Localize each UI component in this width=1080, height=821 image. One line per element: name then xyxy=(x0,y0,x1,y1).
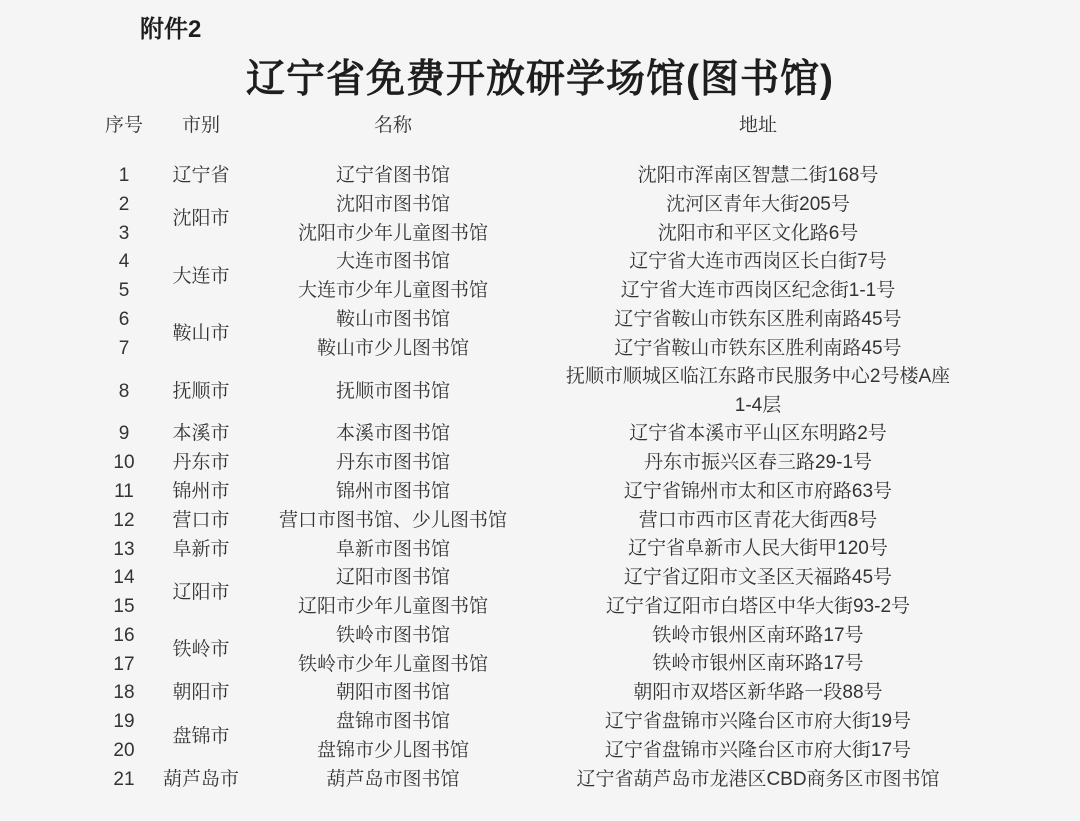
address-text: 丹东市振兴区春三路29-1号 xyxy=(644,449,872,478)
table-row: 13阜新市阜新市图书馆辽宁省阜新市人民大街甲120号 xyxy=(90,535,974,564)
city-cell: 大连市 xyxy=(158,248,244,306)
name-cell: 盘锦市图书馆 xyxy=(244,708,542,737)
table-row: 6鞍山市鞍山市图书馆辽宁省鞍山市铁东区胜利南路45号 xyxy=(90,306,974,335)
address-text: 辽宁省锦州市太和区市府路63号 xyxy=(624,478,892,507)
row-number-cell: 15 xyxy=(90,593,158,622)
name-cell: 沈阳市图书馆 xyxy=(244,191,542,220)
name-cell: 大连市少年儿童图书馆 xyxy=(244,277,542,306)
address-text: 辽宁省鞍山市铁东区胜利南路45号 xyxy=(614,306,901,335)
address-cell: 辽宁省本溪市平山区东明路2号 xyxy=(542,420,974,449)
row-number-cell: 19 xyxy=(90,708,158,737)
address-cell: 铁岭市银州区南环路17号 xyxy=(542,622,974,651)
name-cell: 鞍山市少儿图书馆 xyxy=(244,335,542,364)
address-cell: 辽宁省大连市西岗区纪念街1-1号 xyxy=(542,277,974,306)
table-row: 19盘锦市盘锦市图书馆辽宁省盘锦市兴隆台区市府大街19号 xyxy=(90,708,974,737)
address-text: 朝阳市双塔区新华路一段88号 xyxy=(633,679,882,708)
address-cell: 辽宁省阜新市人民大街甲120号 xyxy=(542,535,974,564)
table-row: 18朝阳市朝阳市图书馆朝阳市双塔区新华路一段88号 xyxy=(90,679,974,708)
address-cell: 辽宁省辽阳市白塔区中华大街93-2号 xyxy=(542,593,974,622)
address-cell: 铁岭市银州区南环路17号 xyxy=(542,650,974,679)
row-number-cell: 4 xyxy=(90,248,158,277)
address-text: 辽宁省盘锦市兴隆台区市府大街17号 xyxy=(605,737,911,766)
address-cell: 营口市西市区青花大街西8号 xyxy=(542,507,974,536)
name-cell: 阜新市图书馆 xyxy=(244,535,542,564)
city-cell: 本溪市 xyxy=(158,420,244,449)
address-text: 辽宁省葫芦岛市龙港区CBD商务区市图书馆 xyxy=(576,766,939,795)
row-number-cell: 20 xyxy=(90,737,158,766)
city-cell: 铁岭市 xyxy=(158,622,244,680)
address-cell: 辽宁省鞍山市铁东区胜利南路45号 xyxy=(542,335,974,364)
name-cell: 铁岭市图书馆 xyxy=(244,622,542,651)
city-cell: 沈阳市 xyxy=(158,191,244,249)
city-cell: 辽阳市 xyxy=(158,564,244,622)
row-number-cell: 6 xyxy=(90,306,158,335)
address-text: 抚顺市顺城区临江东路市民服务中心2号楼A座1-4层 xyxy=(564,363,952,420)
city-cell: 抚顺市 xyxy=(158,363,244,420)
address-cell: 辽宁省大连市西岗区长白街7号 xyxy=(542,248,974,277)
city-cell: 辽宁省 xyxy=(158,162,244,191)
row-number-cell: 11 xyxy=(90,478,158,507)
address-text: 辽宁省鞍山市铁东区胜利南路45号 xyxy=(614,335,901,364)
row-number-cell: 10 xyxy=(90,449,158,478)
header-name: 名称 xyxy=(244,112,542,162)
address-cell: 辽宁省辽阳市文圣区天福路45号 xyxy=(542,564,974,593)
row-number-cell: 2 xyxy=(90,191,158,220)
address-text: 辽宁省阜新市人民大街甲120号 xyxy=(628,535,888,564)
address-text: 辽宁省辽阳市白塔区中华大街93-2号 xyxy=(606,593,910,622)
table-row: 9本溪市本溪市图书馆辽宁省本溪市平山区东明路2号 xyxy=(90,420,974,449)
city-cell: 营口市 xyxy=(158,507,244,536)
document-page: 附件2 辽宁省免费开放研学场馆(图书馆) 序号 市别 名称 地址 1辽宁省辽宁省… xyxy=(0,0,1080,821)
row-number-cell: 21 xyxy=(90,766,158,795)
name-cell: 丹东市图书馆 xyxy=(244,449,542,478)
table-row: 8抚顺市抚顺市图书馆抚顺市顺城区临江东路市民服务中心2号楼A座1-4层 xyxy=(90,363,974,420)
name-cell: 营口市图书馆、少儿图书馆 xyxy=(244,507,542,536)
address-text: 铁岭市银州区南环路17号 xyxy=(652,650,863,679)
address-cell: 辽宁省盘锦市兴隆台区市府大街19号 xyxy=(542,708,974,737)
name-cell: 葫芦岛市图书馆 xyxy=(244,766,542,795)
address-cell: 抚顺市顺城区临江东路市民服务中心2号楼A座1-4层 xyxy=(542,363,974,420)
city-cell: 鞍山市 xyxy=(158,306,244,364)
address-cell: 辽宁省盘锦市兴隆台区市府大街17号 xyxy=(542,737,974,766)
name-cell: 辽宁省图书馆 xyxy=(244,162,542,191)
address-text: 辽宁省本溪市平山区东明路2号 xyxy=(629,420,887,449)
address-text: 辽宁省大连市西岗区长白街7号 xyxy=(629,248,887,277)
row-number-cell: 9 xyxy=(90,420,158,449)
address-text: 沈阳市和平区文化路6号 xyxy=(658,220,859,249)
name-cell: 沈阳市少年儿童图书馆 xyxy=(244,220,542,249)
address-cell: 辽宁省葫芦岛市龙港区CBD商务区市图书馆 xyxy=(542,766,974,795)
name-cell: 锦州市图书馆 xyxy=(244,478,542,507)
address-text: 辽宁省辽阳市文圣区天福路45号 xyxy=(624,564,892,593)
table-header-row: 序号 市别 名称 地址 xyxy=(90,112,974,162)
name-cell: 辽阳市少年儿童图书馆 xyxy=(244,593,542,622)
header-city: 市别 xyxy=(158,112,244,162)
address-text: 辽宁省盘锦市兴隆台区市府大街19号 xyxy=(605,708,911,737)
table-body: 1辽宁省辽宁省图书馆沈阳市浑南区智慧二街168号2沈阳市沈阳市图书馆沈河区青年大… xyxy=(90,162,974,794)
table-row: 2沈阳市沈阳市图书馆沈河区青年大街205号 xyxy=(90,191,974,220)
row-number-cell: 13 xyxy=(90,535,158,564)
attachment-label: 附件2 xyxy=(140,9,201,44)
header-address: 地址 xyxy=(542,112,974,162)
address-text: 沈阳市浑南区智慧二街168号 xyxy=(638,162,879,191)
name-cell: 本溪市图书馆 xyxy=(244,420,542,449)
row-number-cell: 17 xyxy=(90,650,158,679)
table-row: 4大连市大连市图书馆辽宁省大连市西岗区长白街7号 xyxy=(90,248,974,277)
row-number-cell: 3 xyxy=(90,220,158,249)
name-cell: 鞍山市图书馆 xyxy=(244,306,542,335)
venues-table: 序号 市别 名称 地址 1辽宁省辽宁省图书馆沈阳市浑南区智慧二街168号2沈阳市… xyxy=(90,112,974,794)
row-number-cell: 12 xyxy=(90,507,158,536)
row-number-cell: 7 xyxy=(90,335,158,364)
name-cell: 辽阳市图书馆 xyxy=(244,564,542,593)
address-cell: 辽宁省鞍山市铁东区胜利南路45号 xyxy=(542,306,974,335)
address-text: 沈河区青年大街205号 xyxy=(666,191,850,220)
city-cell: 盘锦市 xyxy=(158,708,244,766)
name-cell: 盘锦市少儿图书馆 xyxy=(244,737,542,766)
name-cell: 大连市图书馆 xyxy=(244,248,542,277)
table-row: 1辽宁省辽宁省图书馆沈阳市浑南区智慧二街168号 xyxy=(90,162,974,191)
city-cell: 阜新市 xyxy=(158,535,244,564)
address-text: 营口市西市区青花大街西8号 xyxy=(639,507,878,536)
row-number-cell: 16 xyxy=(90,622,158,651)
table-row: 12营口市营口市图书馆、少儿图书馆营口市西市区青花大街西8号 xyxy=(90,507,974,536)
table-row: 14辽阳市辽阳市图书馆辽宁省辽阳市文圣区天福路45号 xyxy=(90,564,974,593)
row-number-cell: 8 xyxy=(90,363,158,420)
address-cell: 沈阳市和平区文化路6号 xyxy=(542,220,974,249)
row-number-cell: 5 xyxy=(90,277,158,306)
row-number-cell: 18 xyxy=(90,679,158,708)
address-cell: 朝阳市双塔区新华路一段88号 xyxy=(542,679,974,708)
city-cell: 朝阳市 xyxy=(158,679,244,708)
table-row: 21葫芦岛市葫芦岛市图书馆辽宁省葫芦岛市龙港区CBD商务区市图书馆 xyxy=(90,766,974,795)
city-cell: 丹东市 xyxy=(158,449,244,478)
address-cell: 沈河区青年大街205号 xyxy=(542,191,974,220)
address-cell: 沈阳市浑南区智慧二街168号 xyxy=(542,162,974,191)
name-cell: 朝阳市图书馆 xyxy=(244,679,542,708)
name-cell: 抚顺市图书馆 xyxy=(244,363,542,420)
row-number-cell: 14 xyxy=(90,564,158,593)
address-text: 铁岭市银州区南环路17号 xyxy=(652,622,863,651)
address-text: 辽宁省大连市西岗区纪念街1-1号 xyxy=(621,277,895,306)
address-cell: 辽宁省锦州市太和区市府路63号 xyxy=(542,478,974,507)
header-serial-number: 序号 xyxy=(90,112,158,162)
table-row: 11锦州市锦州市图书馆辽宁省锦州市太和区市府路63号 xyxy=(90,478,974,507)
row-number-cell: 1 xyxy=(90,162,158,191)
address-cell: 丹东市振兴区春三路29-1号 xyxy=(542,449,974,478)
city-cell: 锦州市 xyxy=(158,478,244,507)
name-cell: 铁岭市少年儿童图书馆 xyxy=(244,650,542,679)
page-title: 辽宁省免费开放研学场馆(图书馆) xyxy=(0,48,1080,104)
table-row: 16铁岭市铁岭市图书馆铁岭市银州区南环路17号 xyxy=(90,622,974,651)
city-cell: 葫芦岛市 xyxy=(158,766,244,795)
table-row: 10丹东市丹东市图书馆丹东市振兴区春三路29-1号 xyxy=(90,449,974,478)
